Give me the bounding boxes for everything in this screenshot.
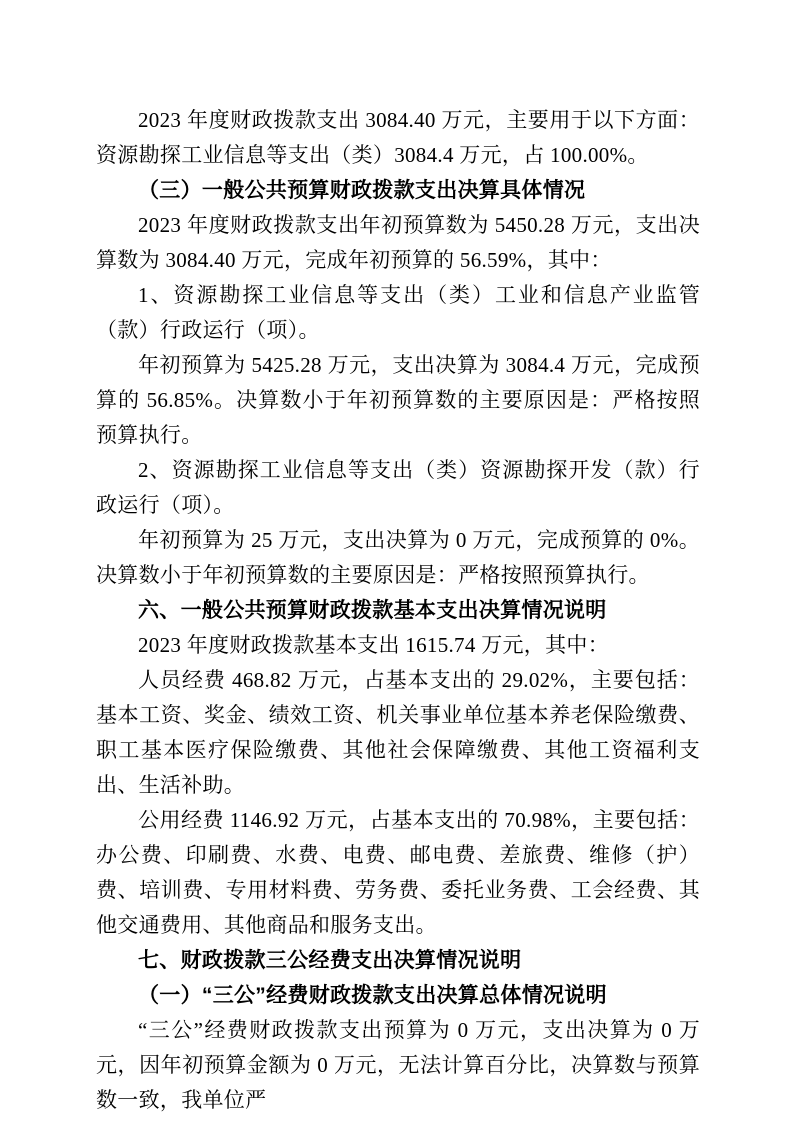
document-content: 2023 年度财政拨款支出 3084.40 万元，主要用于以下方面：资源勘探工业…: [96, 103, 700, 1118]
para-2023-expenditure-total: 2023 年度财政拨款支出 3084.40 万元，主要用于以下方面：资源勘探工业…: [96, 103, 700, 173]
para-three-public-funds-detail: “三公”经费财政拨款支出预算为 0 万元，支出决算为 0 万元，因年初预算金额为…: [96, 1013, 700, 1118]
heading-basic-expenditure-statement: 六、一般公共预算财政拨款基本支出决算情况说明: [96, 593, 700, 628]
para-item-1-industry-info-regulation: 1、资源勘探工业信息等支出（类）工业和信息产业监管（款）行政运行（项）。: [96, 278, 700, 348]
para-item-2-resource-exploration: 2、资源勘探工业信息等支出（类）资源勘探开发（款）行政运行（项）。: [96, 453, 700, 523]
heading-general-budget-expenditure-details: （三）一般公共预算财政拨款支出决算具体情况: [96, 173, 700, 208]
document-page: 2023 年度财政拨款支出 3084.40 万元，主要用于以下方面：资源勘探工业…: [0, 0, 793, 1122]
para-basic-expenditure-total: 2023 年度财政拨款基本支出 1615.74 万元，其中：: [96, 628, 700, 663]
para-personnel-funds: 人员经费 468.82 万元，占基本支出的 29.02%，主要包括：基本工资、奖…: [96, 663, 700, 803]
para-item-1-budget-detail: 年初预算为 5425.28 万元，支出决算为 3084.4 万元，完成预算的 5…: [96, 348, 700, 453]
heading-three-public-funds-overview: （一）“三公”经费财政拨款支出决算总体情况说明: [96, 978, 700, 1013]
para-public-funds: 公用经费 1146.92 万元，占基本支出的 70.98%，主要包括：办公费、印…: [96, 803, 700, 943]
para-item-2-budget-detail: 年初预算为 25 万元，支出决算为 0 万元，完成预算的 0%。决算数小于年初预…: [96, 523, 700, 593]
heading-three-public-funds-statement: 七、财政拨款三公经费支出决算情况说明: [96, 943, 700, 978]
para-expenditure-budget-vs-final: 2023 年度财政拨款支出年初预算数为 5450.28 万元，支出决算数为 30…: [96, 208, 700, 278]
